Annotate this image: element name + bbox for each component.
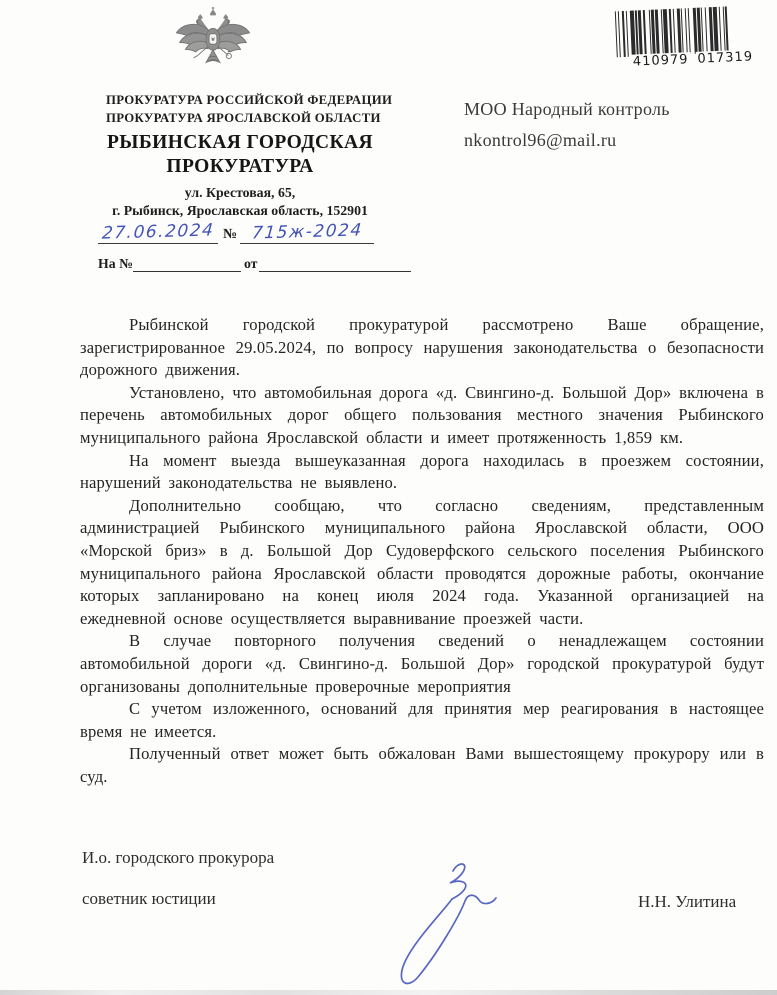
handwritten-date: 27.06.2024 [101, 220, 215, 244]
org-line-1: ПРОКУРАТУРА РОССИЙСКОЙ ФЕДЕРАЦИИ [106, 92, 392, 110]
scanned-letter-page: 410979 017319 [0, 0, 777, 995]
address-line-2: г. Рыбинск, Ярославская область, 152901 [70, 202, 410, 220]
handwritten-number: 715ж-2024 [251, 220, 363, 244]
office-name-line-2: ПРОКУРАТУРА [70, 155, 410, 179]
ref-prefix: На № [98, 256, 133, 272]
barcode-digits-right: 017319 [695, 49, 755, 67]
address-line-1: ул. Крестовая, 65, [70, 184, 410, 202]
office-name-line-1: РЫБИНСКАЯ ГОРОДСКАЯ [70, 131, 410, 155]
outgoing-date-slot: 27.06.2024 [98, 222, 218, 244]
org-line-2: ПРОКУРАТУРА ЯРОСЛАВСКОЙ ОБЛАСТИ [106, 110, 392, 128]
barcode-digits-left: 410979 [631, 52, 691, 70]
signer-position-line-1: И.о. городского прокурора [82, 848, 274, 868]
office-name: РЫБИНСКАЯ ГОРОДСКАЯ ПРОКУРАТУРА [70, 131, 410, 179]
paragraph: В случае повторного получения сведений о… [80, 630, 764, 698]
signer-name: Н.Н. Улитина [638, 892, 736, 912]
paragraph: Установлено, что автомобильная дорога «д… [80, 382, 764, 450]
ref-number-blank [133, 271, 241, 272]
ref-from-label: от [241, 256, 260, 272]
russian-coat-of-arms-icon [170, 6, 256, 84]
recipient-email: nkontrol96@mail.ru [464, 125, 670, 156]
outgoing-number-slot: 715ж-2024 [240, 222, 374, 244]
paragraph: Полученный ответ может быть обжалован Ва… [80, 743, 764, 788]
handwritten-signature [383, 857, 518, 989]
paragraph: С учетом изложенного, оснований для прин… [80, 698, 764, 743]
number-sign: № [218, 227, 240, 244]
paragraph: Рыбинской городской прокуратурой рассмот… [80, 314, 764, 382]
org-header: ПРОКУРАТУРА РОССИЙСКОЙ ФЕДЕРАЦИИ ПРОКУРА… [106, 92, 392, 127]
reference-line: На № от [98, 256, 411, 272]
recipient-block: МОО Народный контроль nkontrol96@mail.ru [464, 94, 670, 156]
office-address: ул. Крестовая, 65, г. Рыбинск, Ярославск… [70, 184, 410, 219]
outgoing-number-line: 27.06.2024 № 715ж-2024 [98, 218, 374, 244]
scan-bottom-edge [0, 990, 777, 995]
registration-barcode: 410979 017319 [615, 5, 769, 70]
recipient-name: МОО Народный контроль [464, 94, 670, 125]
paragraph: Дополнительно сообщаю, что согласно свед… [80, 495, 764, 631]
ref-date-blank [259, 271, 411, 272]
letter-body: Рыбинской городской прокуратурой рассмот… [80, 314, 764, 788]
paragraph: На момент выезда вышеуказанная дорога на… [80, 450, 764, 495]
signer-position-line-2: советник юстиции [82, 889, 216, 909]
